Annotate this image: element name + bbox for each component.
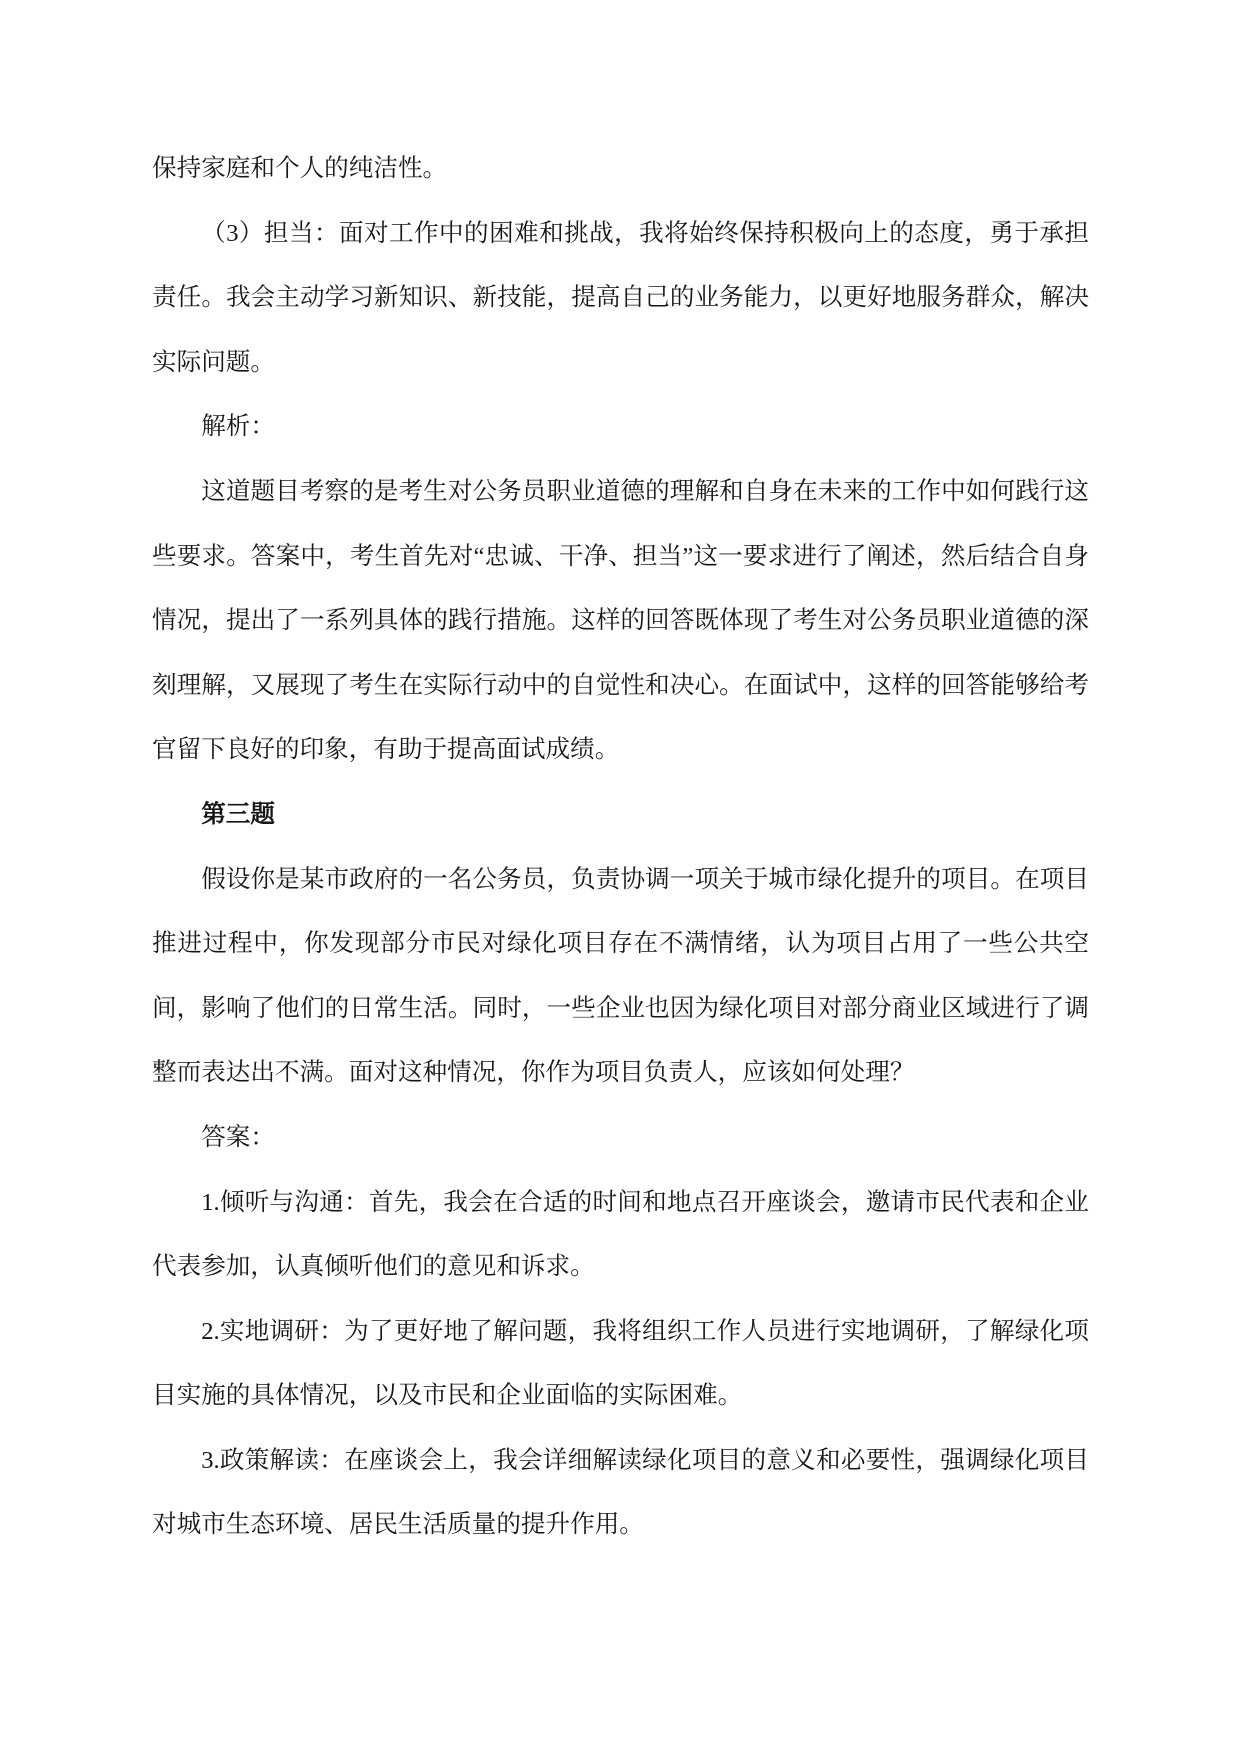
paragraph-answer-label: 答案： (152, 1106, 1089, 1171)
paragraph-answer-item-3: 3.政策解读：在座谈会上，我会详细解读绿化项目的意义和必要性，强调绿化项目对城市… (152, 1429, 1089, 1558)
paragraph-answer-item-1: 1.倾听与沟通：首先，我会在合适的时间和地点召开座谈会，邀请市民代表和企业代表参… (152, 1171, 1089, 1300)
paragraph-question-three-body: 假设你是某市政府的一名公务员，负责协调一项关于城市绿化提升的项目。在项目推进过程… (152, 848, 1089, 1106)
paragraph-answer-point-3-dandang: （3）担当：面对工作中的困难和挑战，我将始终保持积极向上的态度，勇于承担责任。我… (152, 202, 1089, 396)
paragraph-analysis-label: 解析： (152, 395, 1089, 460)
paragraph-continuation-line: 保持家庭和个人的纯洁性。 (152, 137, 1089, 202)
paragraph-answer-item-2: 2.实地调研：为了更好地了解问题，我将组织工作人员进行实地调研，了解绿化项目实施… (152, 1300, 1089, 1429)
heading-question-three: 第三题 (152, 783, 1089, 848)
document-page: 保持家庭和个人的纯洁性。 （3）担当：面对工作中的困难和挑战，我将始终保持积极向… (0, 0, 1241, 1754)
paragraph-analysis-body: 这道题目考察的是考生对公务员职业道德的理解和自身在未来的工作中如何践行这些要求。… (152, 460, 1089, 783)
